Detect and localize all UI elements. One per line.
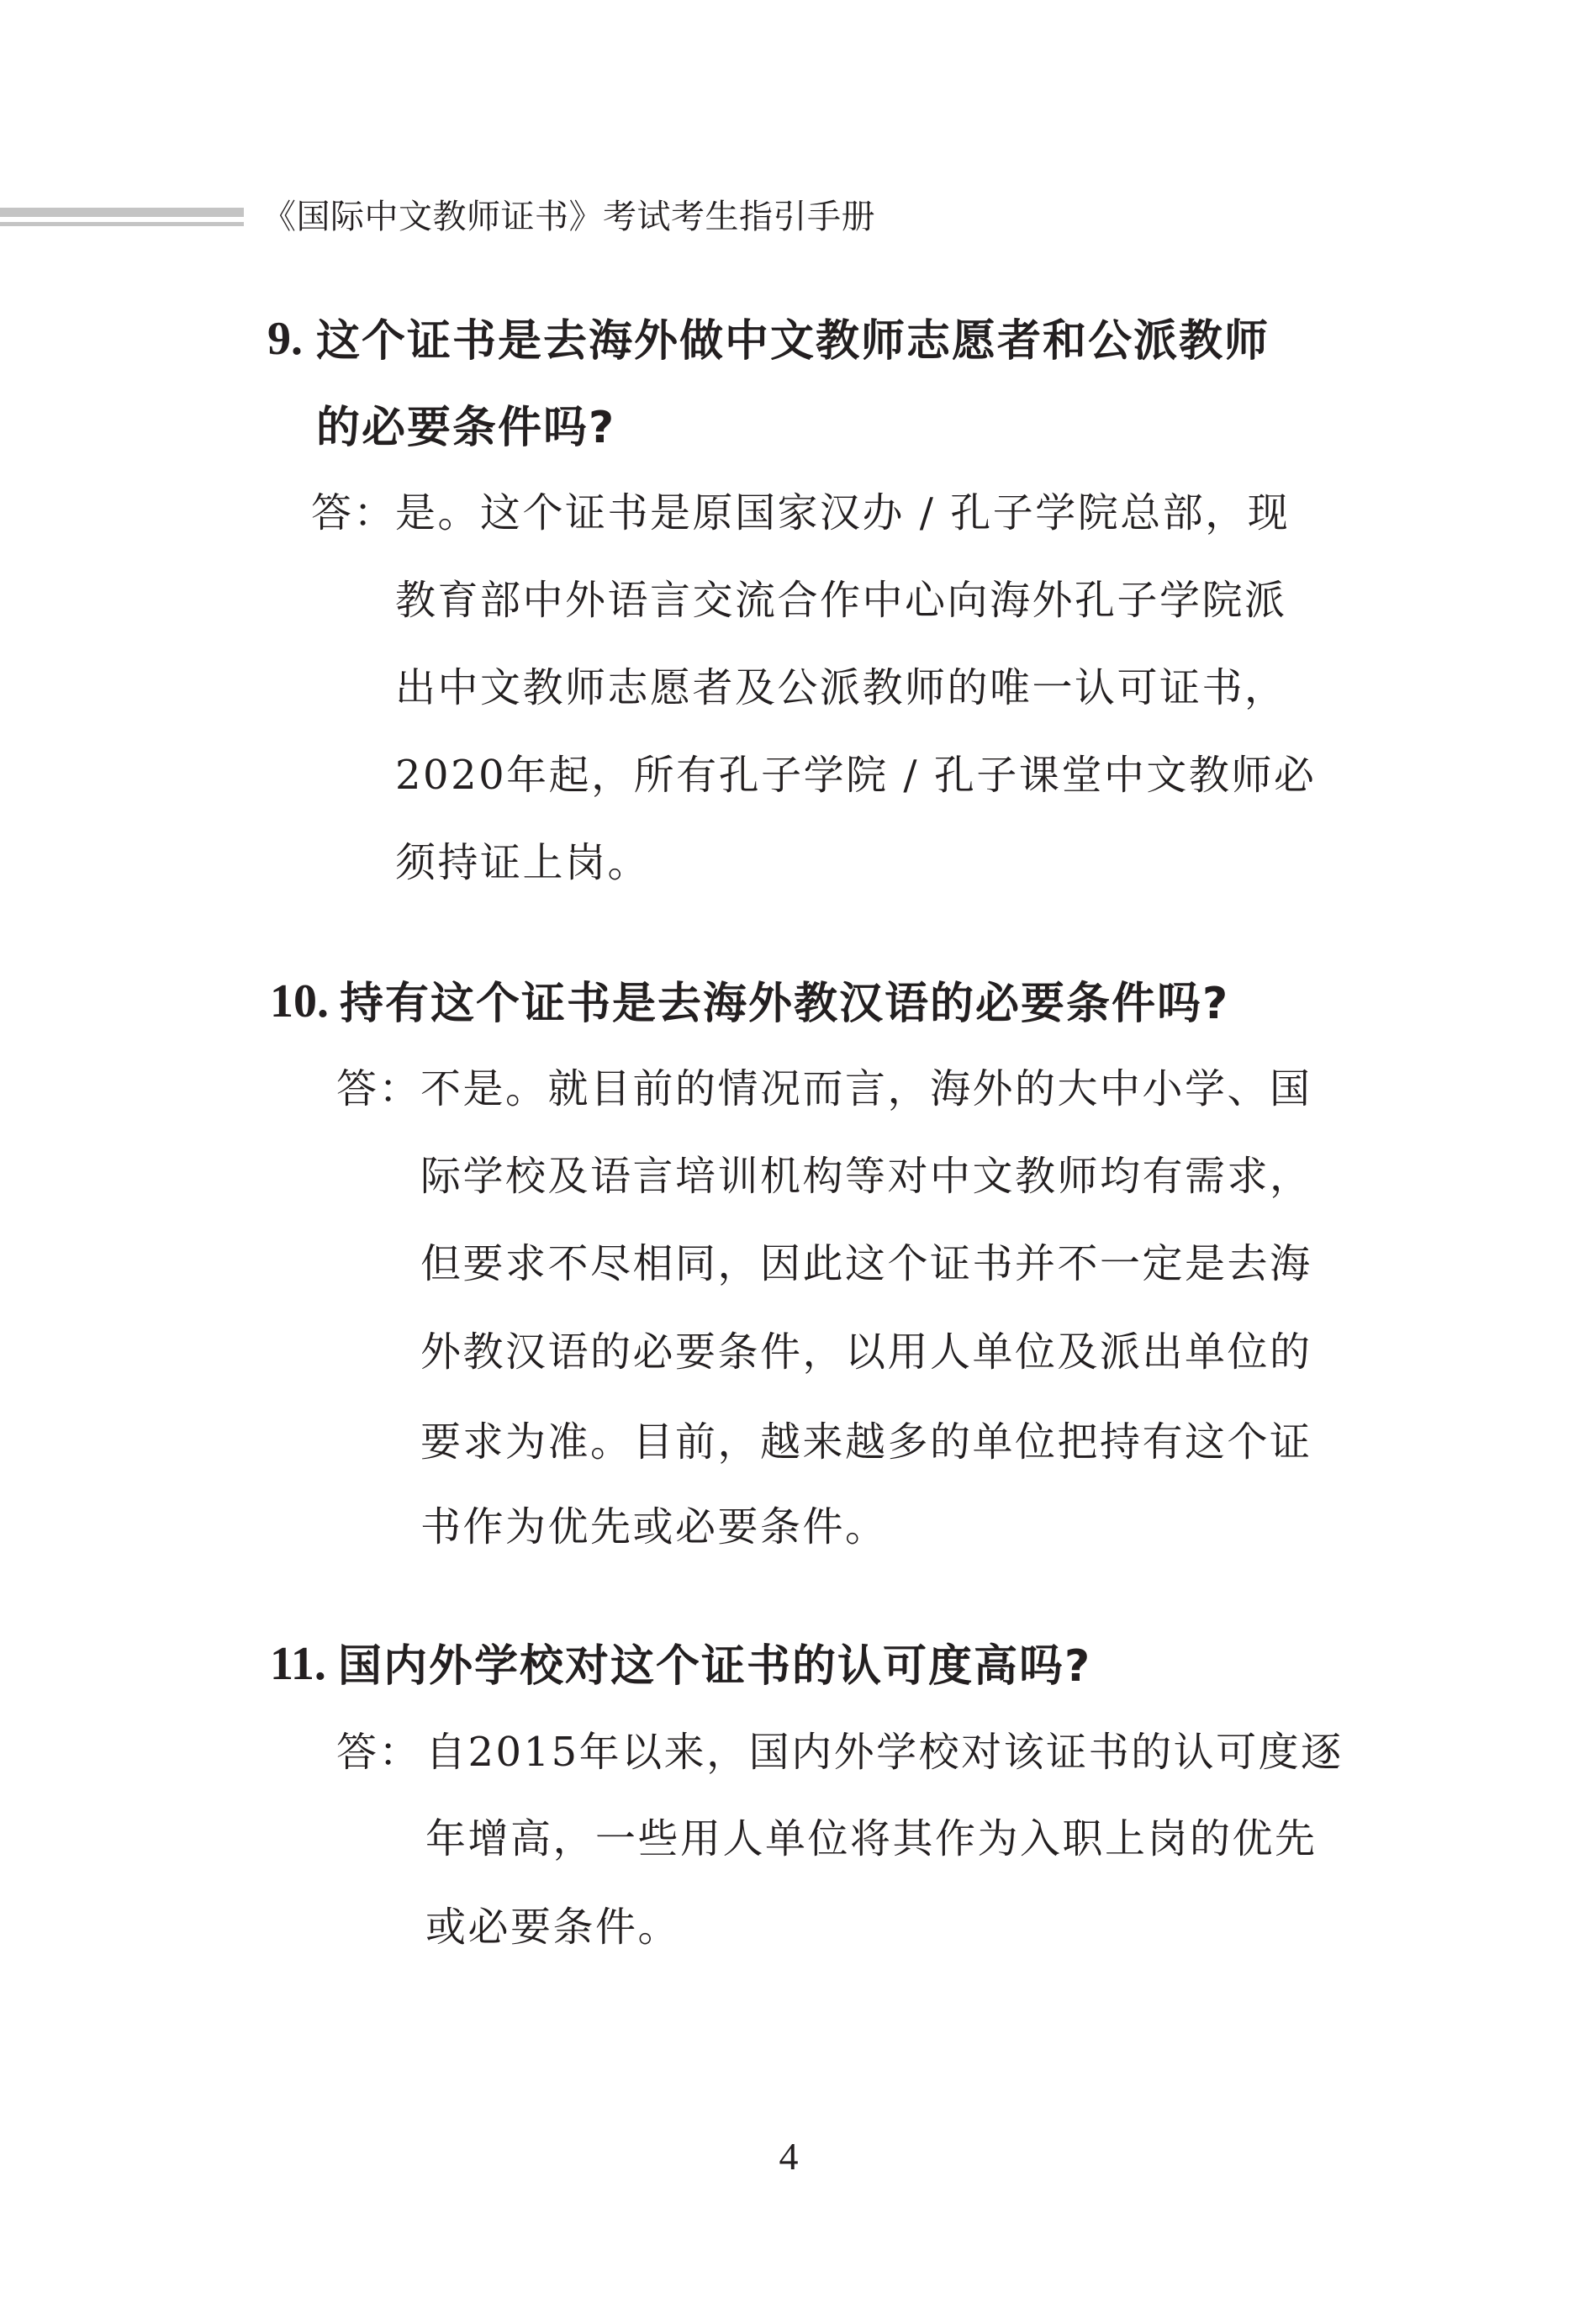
page-number: 4 — [772, 2133, 805, 2180]
question-number: 10. — [270, 976, 329, 1027]
document-page: 《国际中文教师证书》考试考生指引手册 9. 这个证书是去海外做中文教师志愿者和公… — [0, 0, 1579, 2324]
header-rule-thin — [0, 222, 244, 226]
answer-line: 不是。就目前的情况而言，海外的大中小学、国 — [420, 1064, 1312, 1114]
answer-line: 际学校及语言培训机构等对中文教师均有需求， — [420, 1151, 1312, 1202]
answer-line: 出中文教师志愿者及公派教师的唯一认可证书， — [395, 663, 1287, 713]
answer-line: 是。这个证书是原国家汉办 / 孔子学院总部，现 — [395, 488, 1290, 538]
question-line: 国内外学校对这个证书的认可度高吗? — [338, 1641, 1091, 1692]
running-head-title: 《国际中文教师证书》考试考生指引手册 — [262, 193, 875, 240]
answer-line: 或必要条件。 — [425, 1902, 680, 1952]
answer-line: 外教汉语的必要条件，以用人单位及派出单位的 — [420, 1327, 1312, 1377]
question-number: 11. — [270, 1639, 326, 1689]
answer-label: 答： — [336, 1064, 421, 1114]
question-number: 9. — [267, 314, 303, 364]
answer-line: 书作为优先或必要条件。 — [420, 1502, 888, 1552]
answer-line: 教育部中外语言交流合作中心向海外孔子学院派 — [395, 575, 1287, 626]
answer-line: 2020年起，所有孔子学院 / 孔子课堂中文教师必 — [395, 750, 1316, 800]
answer-line: 要求为准。目前，越来越多的单位把持有这个证 — [420, 1417, 1312, 1467]
question-line: 这个证书是去海外做中文教师志愿者和公派教师 — [316, 316, 1270, 367]
answer-line: 自2015年以来，国内外学校对该证书的认可度逐 — [425, 1727, 1344, 1777]
answer-line: 须持证上岗。 — [395, 837, 650, 888]
answer-label: 答： — [336, 1727, 421, 1777]
answer-label: 答： — [311, 488, 396, 538]
question-line: 持有这个证书是去海外教汉语的必要条件吗? — [340, 979, 1229, 1029]
header-rule-thick — [0, 208, 244, 217]
answer-line: 年增高，一些用人单位将其作为入职上岗的优先 — [425, 1814, 1318, 1864]
question-line: 的必要条件吗? — [316, 403, 615, 453]
answer-line: 但要求不尽相同，因此这个证书并不一定是去海 — [420, 1239, 1312, 1289]
